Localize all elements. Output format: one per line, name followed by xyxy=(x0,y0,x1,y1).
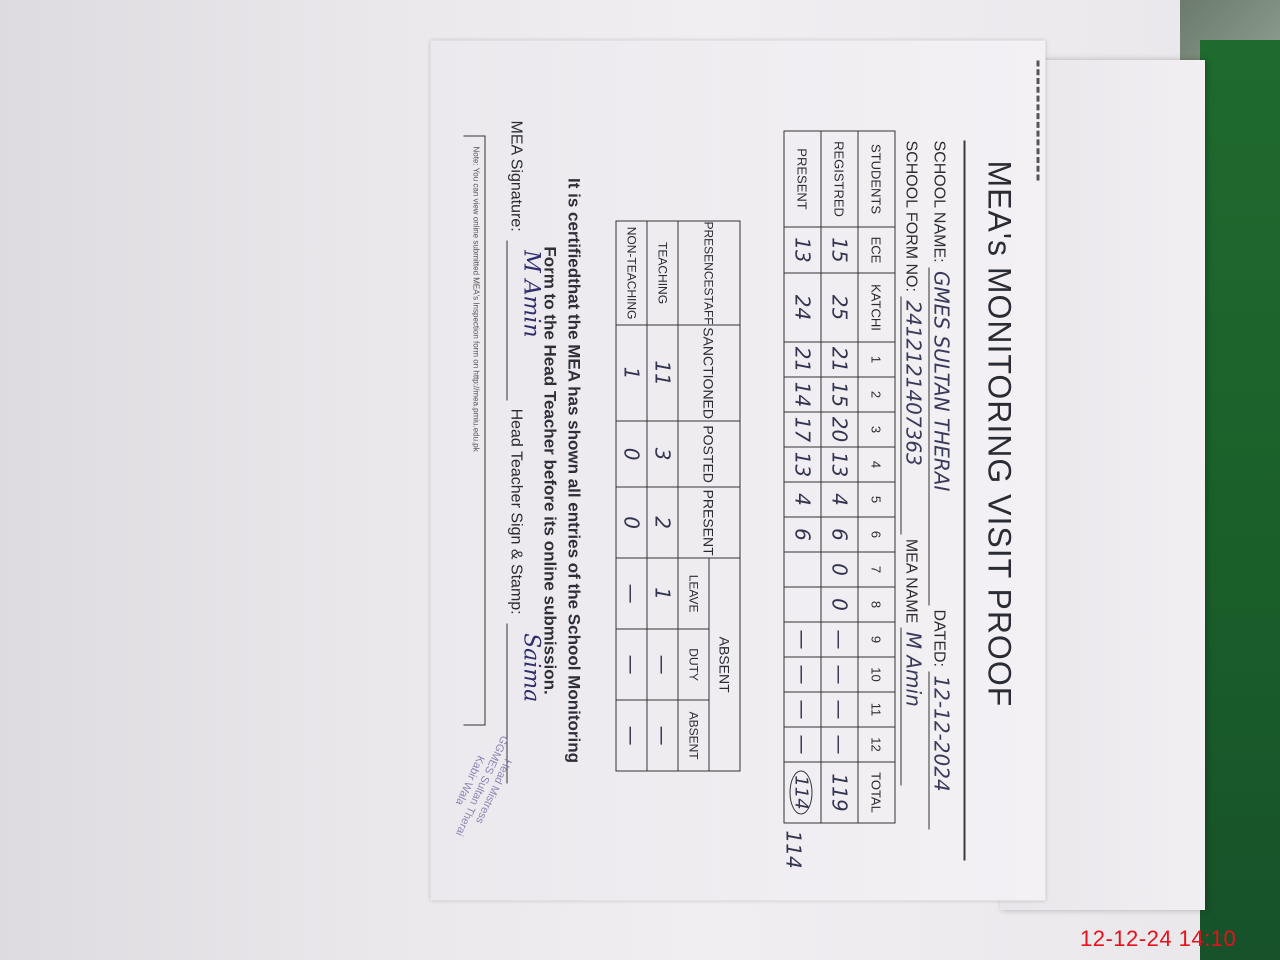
header-cell: 9 xyxy=(858,622,895,657)
cell: 1 xyxy=(616,325,647,421)
cell: 14 xyxy=(784,377,821,412)
header-cell: 7 xyxy=(858,552,895,587)
header-cell: ECE xyxy=(858,227,895,273)
students-table: STUDENTS ECE KATCHI 1 2 3 4 5 6 7 8 9 10… xyxy=(783,130,895,823)
cell: 2 xyxy=(647,487,678,558)
cell: 15 xyxy=(821,227,858,273)
cell: 13 xyxy=(821,447,858,482)
perforation-line xyxy=(1036,60,1039,180)
cell: — xyxy=(821,692,858,727)
non-teaching-row: NON-TEACHING 1 0 0 — — — xyxy=(616,221,647,771)
head-teacher-signature: Saima xyxy=(518,633,543,702)
cell: 24 xyxy=(784,273,821,342)
header-cell: PRESENT xyxy=(678,487,740,558)
cell: 6 xyxy=(821,517,858,552)
green-surface xyxy=(1200,40,1280,960)
cell: 17 xyxy=(784,412,821,447)
school-name-row: SCHOOL NAME: GMES SULTAN THERAI DATED: 1… xyxy=(928,140,953,829)
mea-signature: M Amin xyxy=(518,250,543,337)
staff-table: PRESENCESTAFF SANCTIONED POSTED PRESENT … xyxy=(615,220,740,771)
present-row: PRESENT 13 24 21 14 17 13 4 6 — — — — 11… xyxy=(784,131,821,823)
cell: 0 xyxy=(821,552,858,587)
school-form-no-value: 2412121407363 xyxy=(900,296,925,534)
cell: — xyxy=(784,622,821,657)
cell: — xyxy=(784,692,821,727)
header-cell: 2 xyxy=(858,377,895,412)
cell: 25 xyxy=(821,273,858,342)
note-box: Note: You can view online submitted MEA'… xyxy=(463,135,485,725)
cell xyxy=(784,587,821,622)
header-cell: 5 xyxy=(858,482,895,517)
cell: — xyxy=(821,622,858,657)
cell: 13 xyxy=(784,227,821,273)
circled-total: 114 xyxy=(790,770,813,814)
header-cell: POSTED xyxy=(678,421,740,487)
cell: 0 xyxy=(821,587,858,622)
cell: 0 xyxy=(616,421,647,487)
signature-row: MEA Signature: M Amin Head Teacher Sign … xyxy=(506,120,525,787)
certification-line-1: It is certifiedthat the MEA has shown al… xyxy=(561,160,585,780)
row-label: NON-TEACHING xyxy=(616,221,647,325)
school-name-label: SCHOOL NAME: xyxy=(930,140,947,262)
header-cell: 1 xyxy=(858,342,895,377)
row-label: REGISTRED xyxy=(821,131,858,227)
header-cell: LEAVE xyxy=(678,558,709,629)
cell: 15 xyxy=(821,377,858,412)
cell: — xyxy=(647,700,678,771)
row-label: TEACHING xyxy=(647,221,678,325)
cell: 3 xyxy=(647,421,678,487)
mea-signature-label: MEA Signature: xyxy=(507,120,524,231)
row-label: PRESENT xyxy=(784,131,821,227)
header-cell: ABSENT xyxy=(709,558,740,771)
mea-signature-line: M Amin xyxy=(506,240,525,400)
header-cell: DUTY xyxy=(678,629,709,700)
staff-header-row-1: PRESENCESTAFF SANCTIONED POSTED PRESENT … xyxy=(709,221,740,771)
photo-timestamp: 12-12-24 14:10 xyxy=(1080,926,1236,952)
cell: 4 xyxy=(821,482,858,517)
header-cell: 12 xyxy=(858,727,895,762)
cell: — xyxy=(821,727,858,762)
cell: 4 xyxy=(784,482,821,517)
cell: 21 xyxy=(821,342,858,377)
school-name-value: GMES SULTAN THERAI xyxy=(928,267,953,605)
form-no-row: SCHOOL FORM NO: 2412121407363 MEA NAME M… xyxy=(900,140,925,785)
head-teacher-label: Head Teacher Sign & Stamp: xyxy=(507,408,524,614)
cell: — xyxy=(616,629,647,700)
header-cell: 10 xyxy=(858,657,895,692)
teaching-row: TEACHING 11 3 2 1 — — xyxy=(647,221,678,771)
header-cell: 11 xyxy=(858,692,895,727)
form-title: MEA's MONITORING VISIT PROOF xyxy=(980,160,1017,707)
header-cell: 3 xyxy=(858,412,895,447)
registered-row: REGISTRED 15 25 21 15 20 13 4 6 0 0 — — … xyxy=(821,131,858,823)
cell: 13 xyxy=(784,447,821,482)
mea-name-label: MEA NAME xyxy=(902,538,919,622)
paper-holder: MEA's MONITORING VISIT PROOF SCHOOL NAME… xyxy=(430,40,1045,900)
dated-value: 12-12-2024 xyxy=(928,671,953,829)
cell xyxy=(784,552,821,587)
header-cell: KATCHI xyxy=(858,273,895,342)
cell: 21 xyxy=(784,342,821,377)
cell: 1 xyxy=(647,558,678,629)
total-cell: 119 xyxy=(821,762,858,823)
header-cell: STUDENTS xyxy=(858,131,895,227)
header-cell: 4 xyxy=(858,447,895,482)
cell: — xyxy=(647,629,678,700)
cell: — xyxy=(784,657,821,692)
monitoring-form-paper: MEA's MONITORING VISIT PROOF SCHOOL NAME… xyxy=(430,40,1045,900)
cell: — xyxy=(784,727,821,762)
cell: 6 xyxy=(784,517,821,552)
header-cell: PRESENCESTAFF xyxy=(678,221,740,325)
title-rule xyxy=(963,140,965,860)
dated-label: DATED: xyxy=(930,609,947,666)
students-header-row: STUDENTS ECE KATCHI 1 2 3 4 5 6 7 8 9 10… xyxy=(858,131,895,823)
cell: — xyxy=(616,700,647,771)
cell: 20 xyxy=(821,412,858,447)
certification-text: It is certifiedthat the MEA has shown al… xyxy=(537,160,585,780)
cell: — xyxy=(821,657,858,692)
header-cell: TOTAL xyxy=(858,762,895,823)
header-cell: 8 xyxy=(858,587,895,622)
header-cell: ABSENT xyxy=(678,700,709,771)
cell: — xyxy=(616,558,647,629)
margin-note-total: 114 xyxy=(781,830,805,868)
header-cell: SANCTIONED xyxy=(678,325,740,421)
cell: 11 xyxy=(647,325,678,421)
header-cell: 6 xyxy=(858,517,895,552)
total-cell: 114 xyxy=(784,762,821,823)
school-form-no-label: SCHOOL FORM NO: xyxy=(902,140,919,291)
cell: 0 xyxy=(616,487,647,558)
mea-name-value: M Amin xyxy=(900,627,925,785)
